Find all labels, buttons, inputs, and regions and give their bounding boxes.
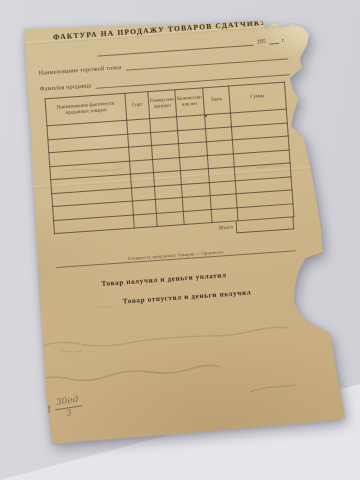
goods-table: Наименование фактически проданных товаро… — [45, 82, 295, 234]
paper-wrap: ФАКТУРА НА ПРОДАЖУ ТОВАРОВ СДАТЧИКУ 195 … — [0, 0, 360, 480]
pencil-inventory-note: ПМ 30ед 3 — [33, 395, 83, 422]
seller-signature-phrase: Товар отпустил и деньги получил — [123, 285, 305, 306]
table-empty-cell — [133, 213, 157, 228]
pencil-note-fraction: 30ед 3 — [54, 395, 83, 419]
table-body — [47, 109, 294, 233]
pencil-note-denominator: 3 — [66, 408, 72, 418]
table-empty-cell — [183, 209, 212, 224]
field-label: Фамилия продавца — [40, 83, 92, 93]
col-grade: Сорт — [125, 92, 150, 121]
total-label: Итого — [219, 224, 236, 231]
field-label: Наименование торговой точки — [39, 65, 122, 77]
pencil-note-prefix: ПМ — [34, 405, 52, 418]
buyer-signature-phrase: Товар получил и деньги уплатил — [101, 266, 303, 288]
table-empty-cell — [156, 211, 184, 226]
total-sum-cell — [236, 217, 295, 233]
date-year-prefix: 195 — [257, 39, 266, 46]
table-empty-cell — [211, 207, 238, 222]
col-price: Цена — [203, 86, 231, 115]
col-sum: Сумма — [229, 82, 287, 113]
col-quantity-weight: Количество или вес — [175, 88, 205, 117]
amount-in-words-caption: Стоимость проданных товаров — прописью — [56, 244, 296, 268]
year-digit-blank — [269, 43, 279, 45]
col-size-article: Размер или артикул — [148, 90, 177, 119]
invoice-form-paper: ФАКТУРА НА ПРОДАЖУ ТОВАРОВ СДАТЧИКУ 195 … — [0, 0, 360, 480]
printed-form: ФАКТУРА НА ПРОДАЖУ ТОВАРОВ СДАТЧИКУ 195 … — [34, 16, 305, 310]
date-year-suffix: г. — [282, 38, 286, 44]
